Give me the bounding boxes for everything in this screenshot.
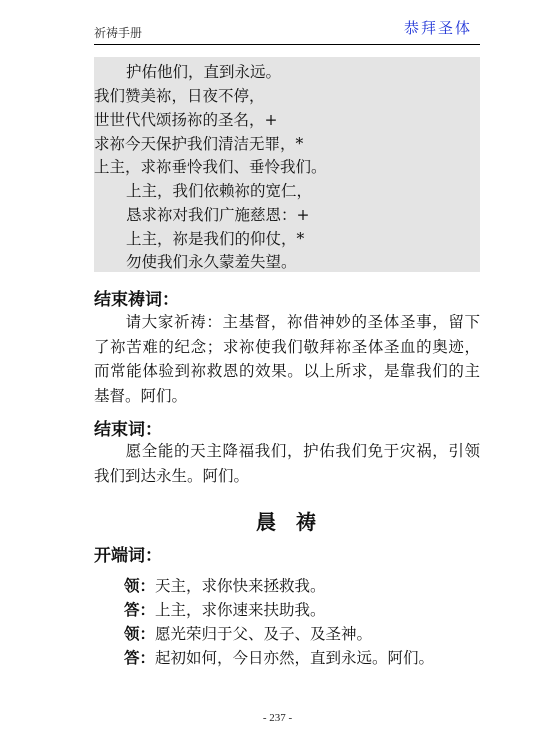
role-label: 领： xyxy=(124,625,155,643)
running-header: 祈祷手册 恭拜圣体 xyxy=(94,14,480,45)
versicle-text: 天主，求你快来拯救我。 xyxy=(155,577,326,595)
section-title: 恭拜圣体 xyxy=(404,17,472,38)
document-page: 祈祷手册 恭拜圣体 护佑他们，直到永远。 我们赞美祢，日夜不停， 世世代代颂扬祢… xyxy=(0,0,555,730)
hymn-line: 我们赞美祢，日夜不停， xyxy=(94,84,265,108)
closing-words-text: 愿全能的天主降福我们，护佑我们免于灾祸，引领我们到达永生。阿们。 xyxy=(94,439,480,488)
page-number: - 237 - xyxy=(0,712,555,724)
closing-prayer-heading: 结束祷词： xyxy=(94,285,179,310)
hymn-line: 护佑他们，直到永远。 xyxy=(126,60,281,84)
versicle-text: 上主，求你速来扶助我。 xyxy=(155,601,326,619)
versicle-text: 愿光荣归于父、及子、及圣神。 xyxy=(155,625,372,643)
hymn-line: 上主，求祢垂怜我们、垂怜我们。 xyxy=(94,155,327,179)
role-label: 答： xyxy=(124,649,155,667)
closing-words-body: 愿全能的天主降福我们，护佑我们免于灾祸，引领我们到达永生。阿们。 xyxy=(94,442,480,485)
versicle-line: 领：愿光荣归于父、及子、及圣神。 xyxy=(124,622,372,646)
closing-prayer-body: 请大家祈祷：主基督，祢借神妙的圣体圣事，留下了祢苦难的纪念；求祢使我们敬拜祢圣体… xyxy=(94,313,480,405)
hymn-line: 世世代代颂扬祢的圣名，+ xyxy=(94,108,278,132)
morning-prayer-title: 晨祷 xyxy=(94,506,480,535)
hymn-line: 勿使我们永久蒙羞失望。 xyxy=(126,250,297,274)
role-label: 答： xyxy=(124,601,155,619)
closing-prayer-text: 请大家祈祷：主基督，祢借神妙的圣体圣事，留下了祢苦难的纪念；求祢使我们敬拜祢圣体… xyxy=(94,310,480,408)
role-label: 领： xyxy=(124,577,155,595)
hymn-line: 上主，祢是我们的仰仗，* xyxy=(126,227,304,251)
opening-heading: 开端词： xyxy=(94,541,162,566)
title-char-2: 祷 xyxy=(296,510,318,534)
hymn-line: 上主，我们依赖祢的宽仁， xyxy=(126,179,312,203)
hymn-line: 恳求祢对我们广施慈恩：+ xyxy=(126,203,310,227)
versicle-line: 领：天主，求你快来拯救我。 xyxy=(124,574,326,598)
hymn-line: 求祢今天保护我们清洁无罪，* xyxy=(94,132,303,156)
title-char-1: 晨 xyxy=(256,510,278,534)
book-title: 祈祷手册 xyxy=(94,24,142,41)
closing-words-heading: 结束词： xyxy=(94,415,162,440)
versicle-line: 答：起初如何，今日亦然，直到永远。阿们。 xyxy=(124,646,434,670)
versicle-line: 答：上主，求你速来扶助我。 xyxy=(124,598,326,622)
versicle-text: 起初如何，今日亦然，直到永远。阿们。 xyxy=(155,649,434,667)
